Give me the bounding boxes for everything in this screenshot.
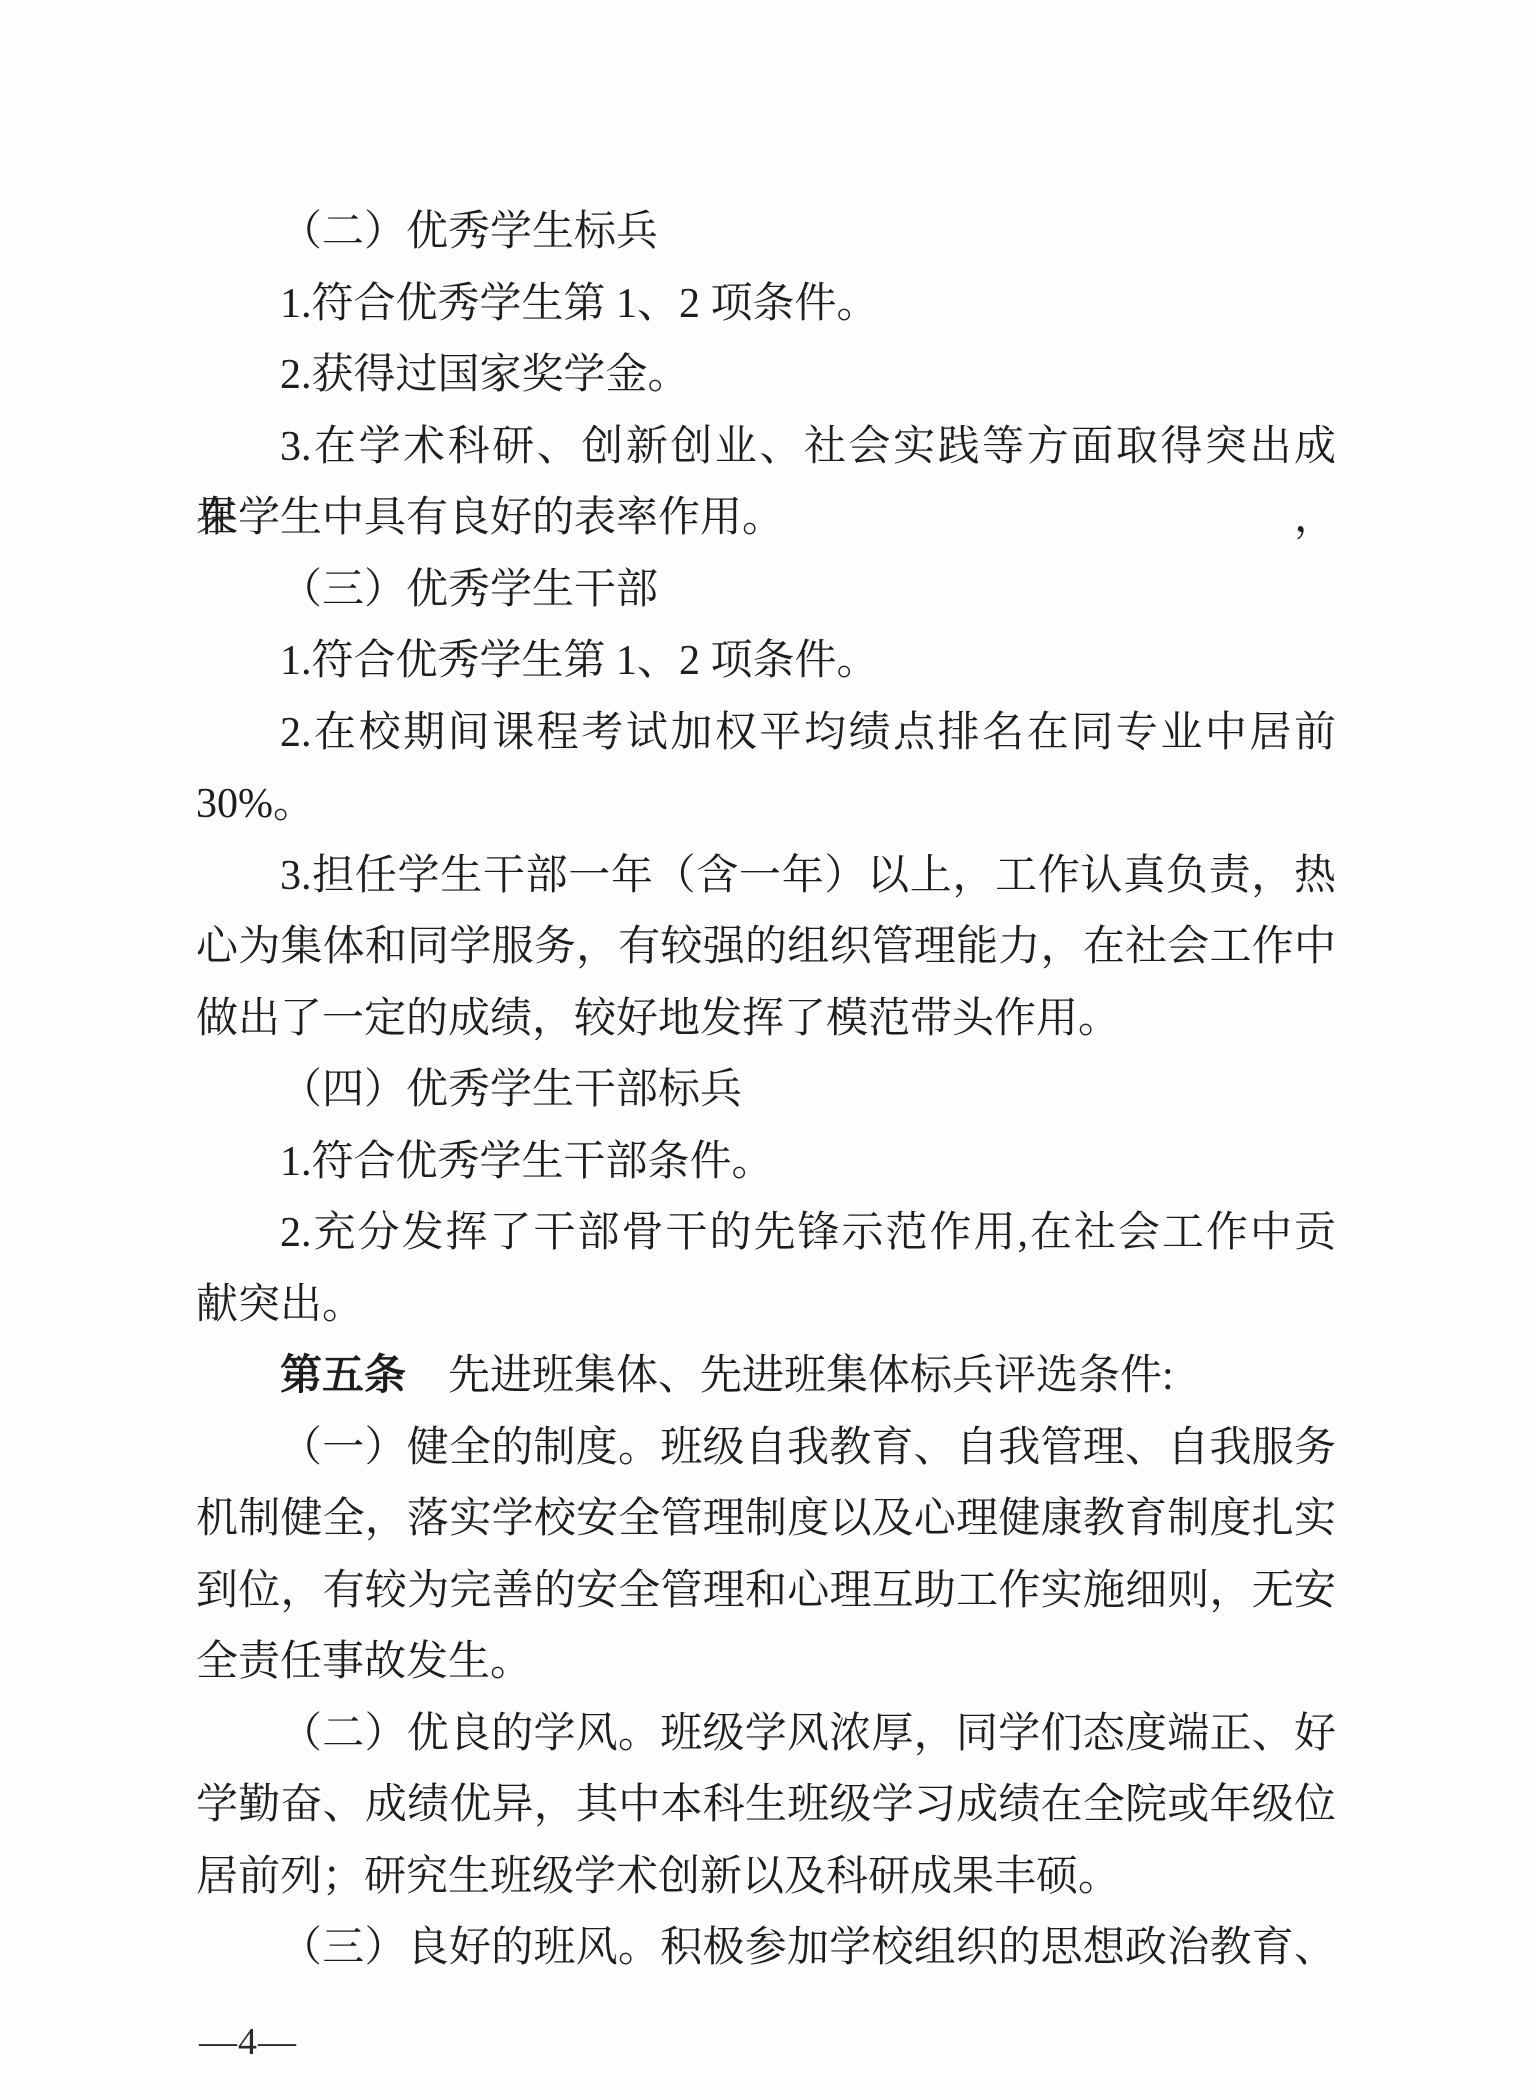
article-5-heading: 第五条先进班集体、先进班集体标兵评选条件: [196, 1341, 1336, 1413]
text-line: 3.在学术科研、创新创业、社会实践等方面取得突出成果， [196, 412, 1336, 484]
article-5-title: 先进班集体、先进班集体标兵评选条件: [448, 1353, 1174, 1399]
text-line: 全责任事故发生。 [196, 1627, 1336, 1699]
subsection-heading-excellent-student-cadre: （三）优秀学生干部 [196, 555, 1336, 627]
text-line: 2.充分发挥了干部骨干的先锋示范作用,在社会工作中贡 [196, 1198, 1336, 1270]
text-line: 2.获得过国家奖学金。 [196, 340, 1336, 412]
text-line: 1.符合优秀学生第 1、2 项条件。 [196, 269, 1336, 341]
text-line: 1.符合优秀学生干部条件。 [196, 1127, 1336, 1199]
text-line: （三）良好的班风。积极参加学校组织的思想政治教育、 [196, 1913, 1336, 1985]
text-line: （一）健全的制度。班级自我教育、自我管理、自我服务 [196, 1413, 1336, 1485]
text-line: 到位，有较为完善的安全管理和心理互助工作实施细则，无安 [196, 1556, 1336, 1628]
document-page-body: （二）优秀学生标兵 1.符合优秀学生第 1、2 项条件。 2.获得过国家奖学金。… [196, 197, 1336, 1985]
text-line: 机制健全，落实学校安全管理制度以及心理健康教育制度扎实 [196, 1484, 1336, 1556]
text-line: 2.在校期间课程考试加权平均绩点排名在同专业中居前 [196, 698, 1336, 770]
text-line: 心为集体和同学服务，有较强的组织管理能力，在社会工作中 [196, 912, 1336, 984]
subsection-heading-excellent-student-pacesetter: （二）优秀学生标兵 [196, 197, 1336, 269]
text-line: 1.符合优秀学生第 1、2 项条件。 [196, 626, 1336, 698]
text-line: 学勤奋、成绩优异，其中本科生班级学习成绩在全院或年级位 [196, 1770, 1336, 1842]
text-line: 30%。 [196, 769, 1336, 841]
text-line: 3.担任学生干部一年（含一年）以上，工作认真负责，热 [196, 841, 1336, 913]
subsection-heading-excellent-student-cadre-pacesetter: （四）优秀学生干部标兵 [196, 1055, 1336, 1127]
text-line: 献突出。 [196, 1270, 1336, 1342]
text-line: 居前列；研究生班级学术创新以及科研成果丰硕。 [196, 1842, 1336, 1914]
text-line: （二）优良的学风。班级学风浓厚，同学们态度端正、好 [196, 1699, 1336, 1771]
page-number: —4— [199, 2021, 297, 2063]
article-5-term: 第五条 [280, 1353, 406, 1399]
text-line: 做出了一定的成绩，较好地发挥了模范带头作用。 [196, 984, 1336, 1056]
